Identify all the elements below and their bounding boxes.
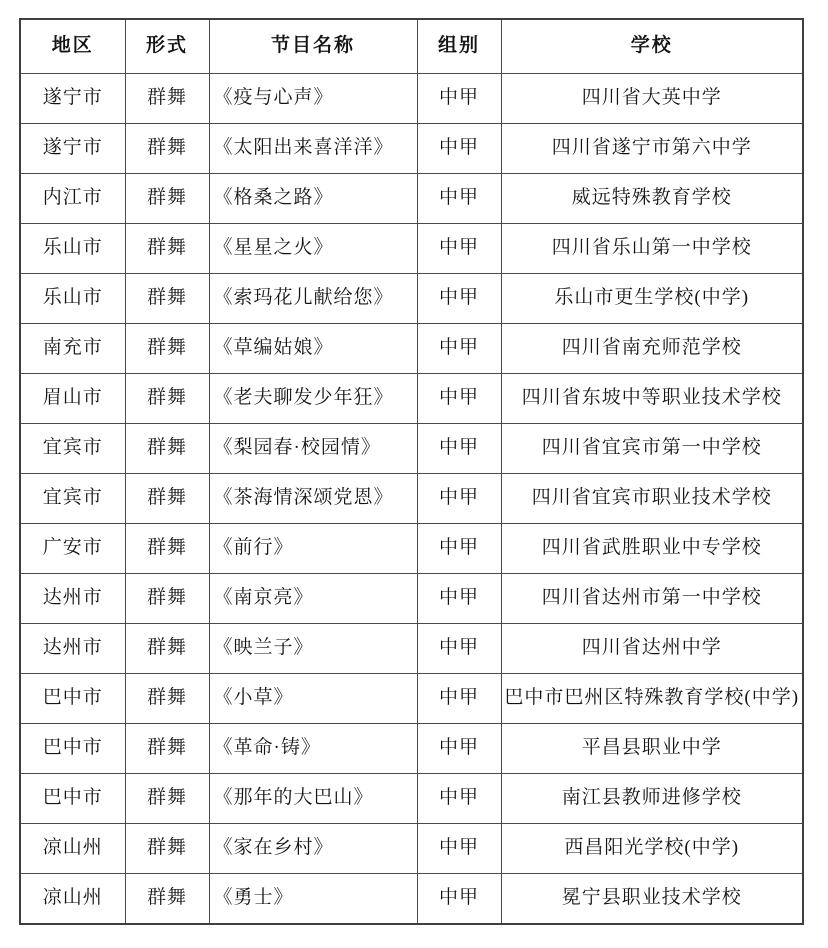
table-row: 遂宁市群舞《疫与心声》中甲四川省大英中学	[20, 74, 803, 124]
cell-group: 中甲	[417, 824, 501, 874]
table-body: 遂宁市群舞《疫与心声》中甲四川省大英中学遂宁市群舞《太阳出来喜洋洋》中甲四川省遂…	[20, 74, 803, 925]
cell-program: 《勇士》	[209, 874, 417, 925]
cell-form: 群舞	[125, 124, 209, 174]
table-row: 乐山市群舞《索玛花儿献给您》中甲乐山市更生学校(中学)	[20, 274, 803, 324]
header-form: 形式	[125, 19, 209, 74]
table-row: 宜宾市群舞《梨园春·校园情》中甲四川省宜宾市第一中学校	[20, 424, 803, 474]
cell-program: 《太阳出来喜洋洋》	[209, 124, 417, 174]
cell-form: 群舞	[125, 74, 209, 124]
cell-school: 四川省达州市第一中学校	[501, 574, 803, 624]
header-school: 学校	[501, 19, 803, 74]
cell-region: 乐山市	[20, 274, 125, 324]
cell-group: 中甲	[417, 224, 501, 274]
cell-region: 广安市	[20, 524, 125, 574]
cell-group: 中甲	[417, 324, 501, 374]
table-row: 巴中市群舞《那年的大巴山》中甲南江县教师进修学校	[20, 774, 803, 824]
header-region: 地区	[20, 19, 125, 74]
cell-program: 《家在乡村》	[209, 824, 417, 874]
cell-group: 中甲	[417, 374, 501, 424]
cell-form: 群舞	[125, 774, 209, 824]
cell-group: 中甲	[417, 874, 501, 925]
table-row: 眉山市群舞《老夫聊发少年狂》中甲四川省东坡中等职业技术学校	[20, 374, 803, 424]
table-row: 宜宾市群舞《茶海情深颂党恩》中甲四川省宜宾市职业技术学校	[20, 474, 803, 524]
cell-form: 群舞	[125, 174, 209, 224]
table-row: 遂宁市群舞《太阳出来喜洋洋》中甲四川省遂宁市第六中学	[20, 124, 803, 174]
cell-region: 遂宁市	[20, 74, 125, 124]
table-row: 南充市群舞《草编姑娘》中甲四川省南充师范学校	[20, 324, 803, 374]
cell-region: 乐山市	[20, 224, 125, 274]
cell-school: 南江县教师进修学校	[501, 774, 803, 824]
cell-group: 中甲	[417, 524, 501, 574]
cell-school: 四川省南充师范学校	[501, 324, 803, 374]
cell-school: 四川省宜宾市职业技术学校	[501, 474, 803, 524]
cell-program: 《索玛花儿献给您》	[209, 274, 417, 324]
cell-form: 群舞	[125, 824, 209, 874]
cell-school: 冕宁县职业技术学校	[501, 874, 803, 925]
table-row: 达州市群舞《南京亮》中甲四川省达州市第一中学校	[20, 574, 803, 624]
header-row: 地区 形式 节目名称 组别 学校	[20, 19, 803, 74]
cell-group: 中甲	[417, 774, 501, 824]
cell-school: 四川省东坡中等职业技术学校	[501, 374, 803, 424]
cell-group: 中甲	[417, 174, 501, 224]
cell-program: 《星星之火》	[209, 224, 417, 274]
cell-region: 南充市	[20, 324, 125, 374]
cell-region: 遂宁市	[20, 124, 125, 174]
cell-region: 巴中市	[20, 774, 125, 824]
cell-school: 平昌县职业中学	[501, 724, 803, 774]
cell-program: 《草编姑娘》	[209, 324, 417, 374]
cell-form: 群舞	[125, 224, 209, 274]
cell-form: 群舞	[125, 874, 209, 925]
table-row: 巴中市群舞《小草》中甲巴中市巴州区特殊教育学校(中学)	[20, 674, 803, 724]
cell-region: 凉山州	[20, 824, 125, 874]
cell-form: 群舞	[125, 374, 209, 424]
cell-program: 《疫与心声》	[209, 74, 417, 124]
cell-group: 中甲	[417, 74, 501, 124]
cell-region: 达州市	[20, 624, 125, 674]
header-group: 组别	[417, 19, 501, 74]
cell-region: 宜宾市	[20, 424, 125, 474]
table-row: 达州市群舞《映兰子》中甲四川省达州中学	[20, 624, 803, 674]
cell-group: 中甲	[417, 674, 501, 724]
table-row: 巴中市群舞《革命·铸》中甲平昌县职业中学	[20, 724, 803, 774]
cell-region: 达州市	[20, 574, 125, 624]
cell-form: 群舞	[125, 724, 209, 774]
cell-group: 中甲	[417, 724, 501, 774]
cell-group: 中甲	[417, 274, 501, 324]
table-row: 凉山州群舞《家在乡村》中甲西昌阳光学校(中学)	[20, 824, 803, 874]
cell-form: 群舞	[125, 524, 209, 574]
cell-group: 中甲	[417, 124, 501, 174]
table-row: 广安市群舞《前行》中甲四川省武胜职业中专学校	[20, 524, 803, 574]
cell-form: 群舞	[125, 674, 209, 724]
cell-school: 巴中市巴州区特殊教育学校(中学)	[501, 674, 803, 724]
cell-region: 眉山市	[20, 374, 125, 424]
program-results-table: 地区 形式 节目名称 组别 学校 遂宁市群舞《疫与心声》中甲四川省大英中学遂宁市…	[19, 18, 804, 925]
cell-program: 《前行》	[209, 524, 417, 574]
cell-school: 四川省达州中学	[501, 624, 803, 674]
cell-region: 巴中市	[20, 674, 125, 724]
cell-region: 宜宾市	[20, 474, 125, 524]
cell-program: 《小草》	[209, 674, 417, 724]
cell-region: 凉山州	[20, 874, 125, 925]
cell-form: 群舞	[125, 424, 209, 474]
cell-region: 内江市	[20, 174, 125, 224]
cell-school: 威远特殊教育学校	[501, 174, 803, 224]
cell-school: 四川省遂宁市第六中学	[501, 124, 803, 174]
cell-form: 群舞	[125, 574, 209, 624]
cell-form: 群舞	[125, 324, 209, 374]
cell-region: 巴中市	[20, 724, 125, 774]
cell-form: 群舞	[125, 624, 209, 674]
cell-school: 四川省乐山第一中学校	[501, 224, 803, 274]
cell-group: 中甲	[417, 474, 501, 524]
cell-group: 中甲	[417, 424, 501, 474]
cell-program: 《革命·铸》	[209, 724, 417, 774]
cell-form: 群舞	[125, 274, 209, 324]
cell-program: 《老夫聊发少年狂》	[209, 374, 417, 424]
table-row: 凉山州群舞《勇士》中甲冕宁县职业技术学校	[20, 874, 803, 925]
cell-program: 《那年的大巴山》	[209, 774, 417, 824]
cell-group: 中甲	[417, 574, 501, 624]
table-row: 乐山市群舞《星星之火》中甲四川省乐山第一中学校	[20, 224, 803, 274]
cell-program: 《映兰子》	[209, 624, 417, 674]
cell-group: 中甲	[417, 624, 501, 674]
cell-school: 四川省大英中学	[501, 74, 803, 124]
cell-school: 四川省武胜职业中专学校	[501, 524, 803, 574]
table-row: 内江市群舞《格桑之路》中甲威远特殊教育学校	[20, 174, 803, 224]
cell-program: 《南京亮》	[209, 574, 417, 624]
cell-program: 《格桑之路》	[209, 174, 417, 224]
cell-program: 《茶海情深颂党恩》	[209, 474, 417, 524]
cell-form: 群舞	[125, 474, 209, 524]
cell-program: 《梨园春·校园情》	[209, 424, 417, 474]
cell-school: 西昌阳光学校(中学)	[501, 824, 803, 874]
cell-school: 四川省宜宾市第一中学校	[501, 424, 803, 474]
header-program: 节目名称	[209, 19, 417, 74]
cell-school: 乐山市更生学校(中学)	[501, 274, 803, 324]
